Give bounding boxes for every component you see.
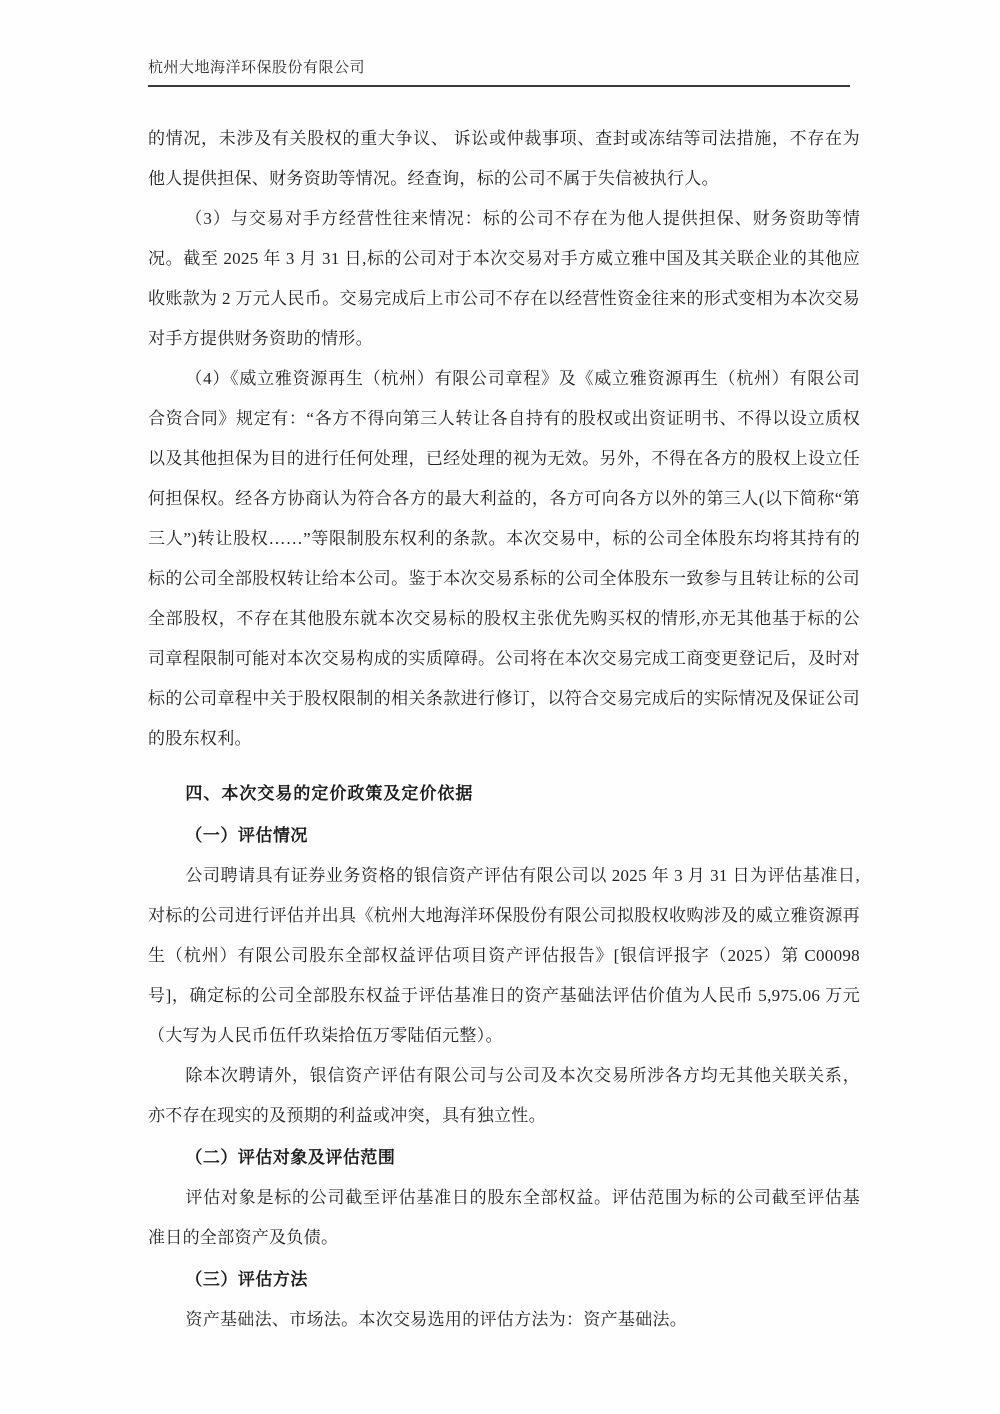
subsection-heading-appraisal-object-scope: （二）评估对象及评估范围	[148, 1138, 860, 1178]
document-body: 的情况，未涉及有关股权的重大争议、 诉讼或仲裁事项、查封或冻结等司法措施，不存在…	[148, 119, 860, 1340]
paragraph-item3-counterparty-dealings: （3）与交易对手方经营性往来情况：标的公司不存在为他人提供担保、财务资助等情况。…	[148, 199, 860, 359]
paragraph-equity-dispute-continuation: 的情况，未涉及有关股权的重大争议、 诉讼或仲裁事项、查封或冻结等司法措施，不存在…	[148, 119, 860, 199]
paragraph-appraisal-object-scope: 评估对象是标的公司截至评估基准日的股东全部权益。评估范围为标的公司截至评估基准日…	[148, 1178, 860, 1258]
subsection-heading-appraisal-method: （三）评估方法	[148, 1260, 860, 1300]
paragraph-item4-charter-provisions: （4）《威立雅资源再生（杭州）有限公司章程》及《威立雅资源再生（杭州）有限公司合…	[148, 359, 860, 759]
subsection-heading-appraisal-overview: （一）评估情况	[148, 816, 860, 856]
paragraph-appraisal-method: 资产基础法、市场法。本次交易选用的评估方法为：资产基础法。	[148, 1300, 860, 1340]
section-heading-pricing-policy: 四、本次交易的定价政策及定价依据	[148, 774, 860, 814]
paragraph-appraisal-report: 公司聘请具有证券业务资格的银信资产评估有限公司以 2025 年 3 月 31 日…	[148, 856, 860, 1056]
paragraph-appraiser-independence: 除本次聘请外，银信资产评估有限公司与公司及本次交易所涉各方均无其他关联关系，亦不…	[148, 1056, 860, 1136]
page-header: 杭州大地海洋环保股份有限公司	[148, 58, 850, 87]
page-header-company-name: 杭州大地海洋环保股份有限公司	[148, 58, 850, 78]
document-page: 杭州大地海洋环保股份有限公司 的情况，未涉及有关股权的重大争议、 诉讼或仲裁事项…	[0, 0, 1000, 1414]
